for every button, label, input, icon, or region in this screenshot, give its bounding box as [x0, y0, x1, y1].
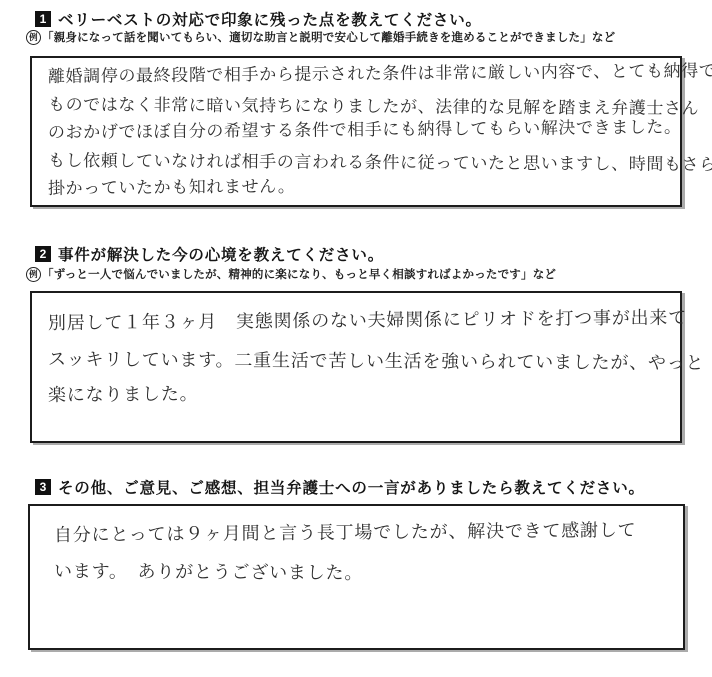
handwritten-line: のおかげでほぼ自分の希望する条件で相手にも納得してもらい解決できました。: [48, 114, 674, 147]
question-3-number-badge: 3: [35, 479, 51, 495]
question-1-header: 1 ベリーベストの対応で印象に残った点を教えてください。: [35, 8, 482, 30]
question-3-header: 3 その他、ご意見、ご感想、担当弁護士への一言がありましたら教えてください。: [35, 476, 645, 498]
handwritten-line: 別居して１年３ヶ月 実態関係のない夫婦関係にピリオドを打つ事が出来て: [48, 301, 674, 342]
question-2-header: 2 事件が解決した今の心境を教えてください。: [35, 243, 384, 265]
question-2-example-text: 「ずっと一人で悩んでいましたが、精神的に楽になり、もっと早く相談すればよかったで…: [42, 266, 556, 282]
question-2-example: 例 「ずっと一人で悩んでいましたが、精神的に楽になり、もっと早く相談すればよかっ…: [26, 266, 556, 282]
question-1-number-badge: 1: [35, 11, 51, 27]
handwritten-line: 自分にとっては９ヶ月間と言う長丁場でしたが、解決できて感謝して: [54, 513, 677, 554]
answer-box-3: 自分にとっては９ヶ月間と言う長丁場でしたが、解決できて感謝して います。 ありが…: [28, 504, 685, 650]
example-marker-icon: 例: [26, 267, 41, 282]
answer-box-2: 別居して１年３ヶ月 実態関係のない夫婦関係にピリオドを打つ事が出来て スッキリし…: [30, 291, 682, 443]
handwritten-line: 離婚調停の最終段階で相手から提示された条件は非常に厳しい内容で、とても納得できる: [48, 58, 674, 91]
question-1-example: 例 「親身になって話を聞いてもらい、適切な助言と説明で安心して離婚手続きを進める…: [26, 29, 615, 45]
question-3-title: その他、ご意見、ご感想、担当弁護士への一言がありましたら教えてください。: [58, 476, 645, 498]
question-1-example-text: 「親身になって話を聞いてもらい、適切な助言と説明で安心して離婚手続きを進めること…: [42, 29, 615, 45]
question-2-title: 事件が解決した今の心境を教えてください。: [58, 243, 384, 265]
handwritten-line: います。 ありがとうございました。: [54, 554, 677, 594]
handwritten-line: 掛かっていたかも知れません。: [48, 170, 674, 203]
answer-box-1: 離婚調停の最終段階で相手から提示された条件は非常に厳しい内容で、とても納得できる…: [30, 56, 682, 207]
question-1-title: ベリーベストの対応で印象に残った点を教えてください。: [58, 8, 482, 30]
example-marker-icon: 例: [26, 30, 41, 45]
question-2-number-badge: 2: [35, 246, 51, 262]
handwritten-line: 楽になりました。: [48, 373, 674, 414]
scanned-questionnaire-page: 1 ベリーベストの対応で印象に残った点を教えてください。 例 「親身になって話を…: [0, 0, 712, 677]
